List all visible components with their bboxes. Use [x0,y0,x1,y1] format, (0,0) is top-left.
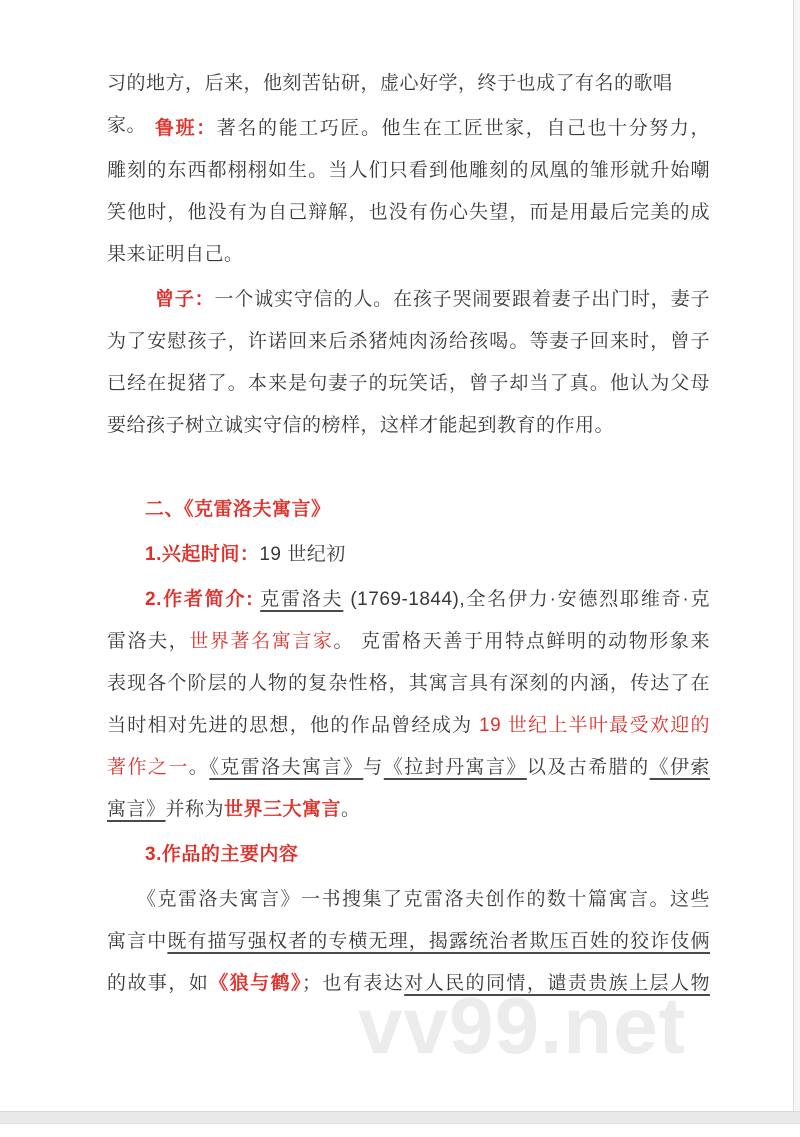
body-text: 。 [341,799,361,820]
body-text: 以及古希腊的 [527,757,650,778]
document-line: 果来证明自己。 [107,234,710,276]
body-text: 的故事，如 [107,973,209,994]
body-text: 雷洛夫， [107,631,189,652]
body-text: 。 [189,757,209,778]
body-text: 寓言中 [107,931,167,952]
watermark: vv99.net [358,980,686,1072]
highlight-text: 二、《克雷洛夫寓言》 [145,499,331,520]
highlight-text: 世界三大寓言 [224,799,341,820]
highlight-text: 3.作品的主要内容 [145,844,298,865]
document-line: 习的地方，后来，他刻苦钻研，虚心好学，终于也成了有名的歌唱家。 [107,63,710,105]
document-line: 著作之一。《克雷洛夫寓言》与《拉封丹寓言》以及古希腊的《伊索 [107,747,710,789]
underlined-text: 克雷洛夫 [260,589,343,610]
document-line: 要给孩子树立诚实守信的榜样，这样才能起到教育的作用。 [107,405,710,447]
document-body: 习的地方，后来，他刻苦钻研，虚心好学，终于也成了有名的歌唱家。鲁班：著名的能工巧… [107,63,710,1005]
page-separator [0,1111,800,1124]
document-line: 为了安慰孩子，许诺回来后杀猪炖肉汤给孩喝。等妻子回来时，曾子 [107,321,710,363]
document-page: 习的地方，后来，他刻苦钻研，虚心好学，终于也成了有名的歌唱家。鲁班：著名的能工巧… [0,0,800,1137]
body-text: 为了安慰孩子，许诺回来后杀猪炖肉汤给孩喝。等妻子回来时，曾子 [107,331,710,352]
body-text: 当时相对先进的思想，他的作品曾经成为 [107,715,479,736]
highlight-text: 世界著名寓言家 [189,631,333,652]
highlight-text: 曾子： [155,289,215,310]
underlined-text: 《拉封丹寓言》 [384,757,527,778]
body-text: 表现各个阶层的人物的复杂性格，其寓言具有深刻的内涵，传达了在 [107,673,710,694]
document-line: 1.兴起时间：19 世纪初 [107,534,710,576]
body-text: 笑他时，他没有为自己辩解，也没有伤心失望，而是用最后完美的成 [107,202,710,223]
document-line: 已经在捉猪了。本来是句妻子的玩笑话，曾子却当了真。他认为父母 [107,363,710,405]
document-line: 寓言中既有描写强权者的专横无理，揭露统治者欺压百姓的狡诈伎俩 [107,921,710,963]
highlight-text: 19 世纪上半叶最受欢迎的 [479,715,710,736]
body-text: 要给孩子树立诚实守信的榜样，这样才能起到教育的作用。 [107,415,614,436]
body-text: 。 克雷格天善于用特点鲜明的动物形象来 [334,631,710,652]
body-text: 19 世纪初 [259,544,345,565]
page-right-edge [793,0,800,1111]
highlight-text: 鲁班： [155,118,217,139]
body-text: 与 [363,757,383,778]
document-line: 表现各个阶层的人物的复杂性格，其寓言具有深刻的内涵，传达了在 [107,663,710,705]
document-line: 《克雷洛夫寓言》一书搜集了克雷洛夫创作的数十篇寓言。这些 [107,879,710,921]
body-text: 著名的能工巧匠。他生在工匠世家，自己也十分努力， [217,118,710,139]
document-line: 3.作品的主要内容 [107,834,710,876]
document-line: 二、《克雷洛夫寓言》 [107,489,710,531]
document-line: 寓言》并称为世界三大寓言。 [107,789,710,831]
document-line: 雷洛夫，世界著名寓言家。 克雷格天善于用特点鲜明的动物形象来 [107,621,710,663]
body-text: 已经在捉猪了。本来是句妻子的玩笑话，曾子却当了真。他认为父母 [107,373,710,394]
underlined-text: 寓言》 [107,799,166,820]
highlight-text: 1.兴起时间： [145,544,259,565]
document-line: 2.作者简介: 克雷洛夫 (1769-1844),全名伊力·安德烈耶维奇·克 [107,579,710,621]
body-text: 果来证明自己。 [107,244,244,265]
body-text: 并称为 [166,799,225,820]
document-line: 当时相对先进的思想，他的作品曾经成为 19 世纪上半叶最受欢迎的 [107,705,710,747]
highlight-text: 著作之一 [107,757,189,778]
document-line: 曾子：一个诚实守信的人。在孩子哭闹要跟着妻子出门时，妻子 [107,279,710,321]
body-text: 《克雷洛夫寓言》一书搜集了克雷洛夫创作的数十篇寓言。这些 [137,889,710,910]
highlight-text: 2.作者简介: [145,589,260,610]
underlined-text: 《伊索 [650,757,710,778]
body-text: 雕刻的东西都栩栩如生。当人们只看到他雕刻的凤凰的雏形就升始嘲 [107,160,710,181]
document-line: 鲁班：著名的能工巧匠。他生在工匠世家，自己也十分努力， [107,108,710,150]
document-line: 雕刻的东西都栩栩如生。当人们只看到他雕刻的凤凰的雏形就升始嘲 [107,150,710,192]
body-text: 一个诚实守信的人。在孩子哭闹要跟着妻子出门时，妻子 [215,289,710,310]
body-text: (1769-1844),全名伊力·安德烈耶维奇·克 [343,589,710,610]
document-line: 笑他时，他没有为自己辩解，也没有伤心失望，而是用最后完美的成 [107,192,710,234]
underlined-text: 《克雷洛夫寓言》 [209,757,363,778]
highlight-text: 《狼与鹤》 [209,973,302,994]
underlined-text: 既有描写强权者的专横无理，揭露统治者欺压百姓的狡诈伎俩 [167,931,710,952]
